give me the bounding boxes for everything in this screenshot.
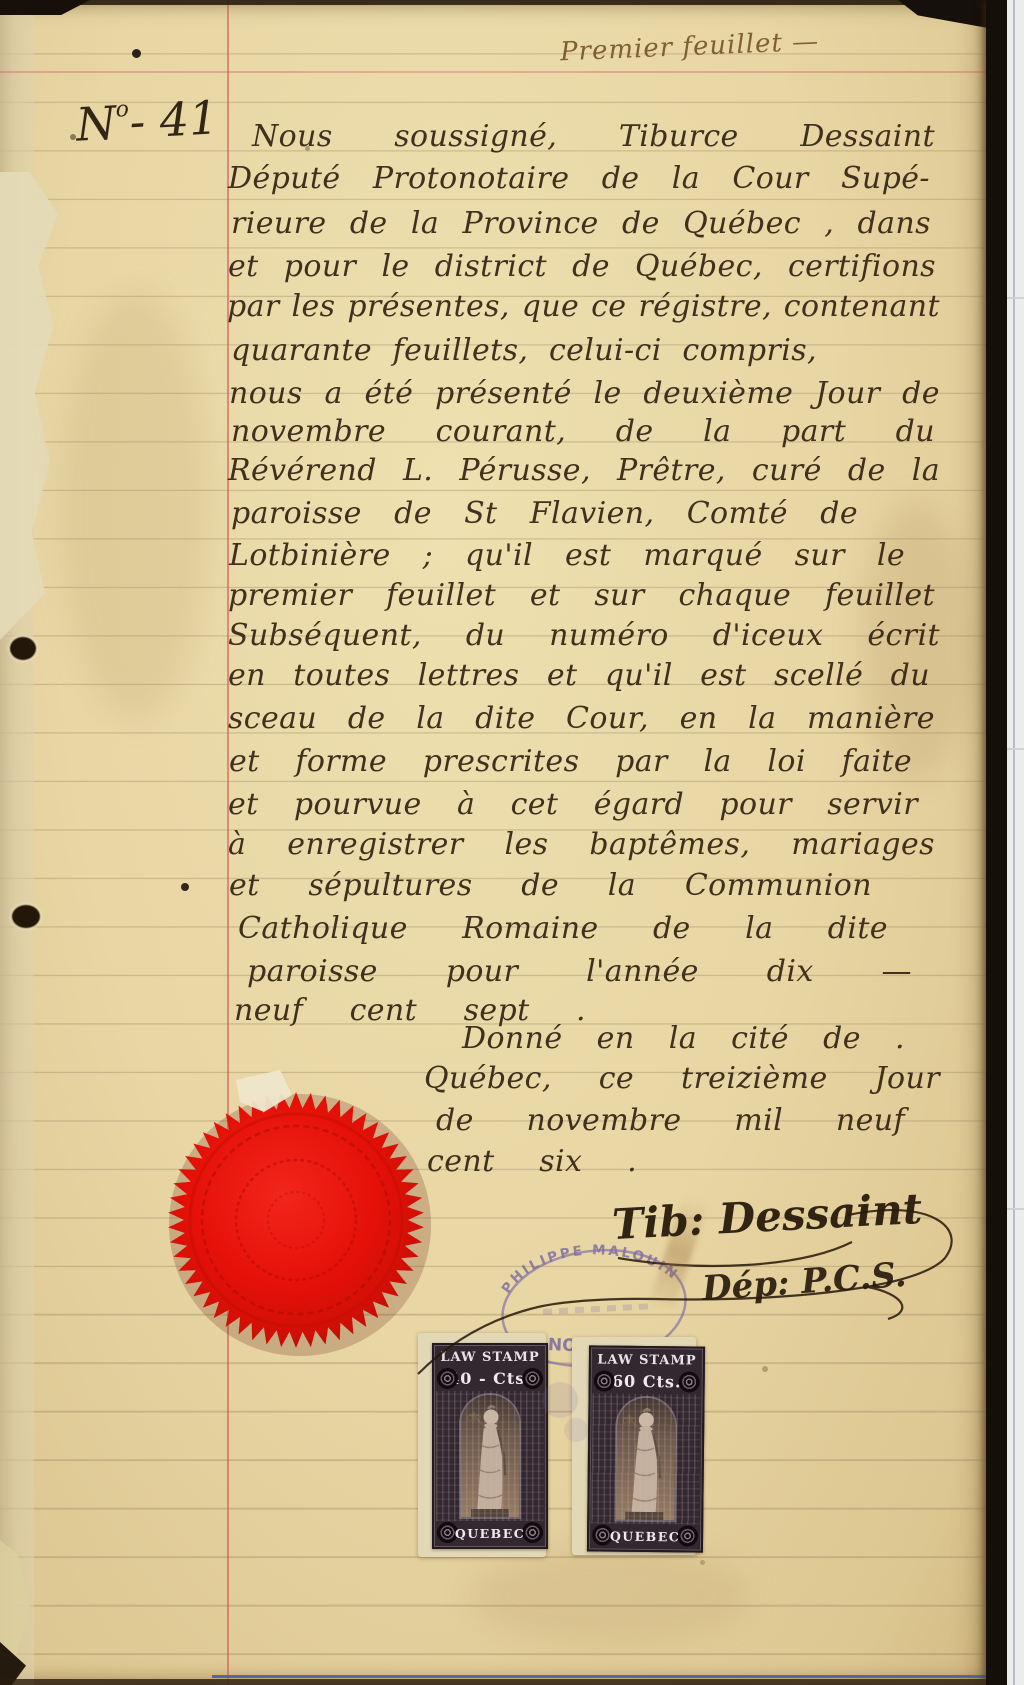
book-binding-edge <box>986 0 1007 1685</box>
adjacent-page-line <box>1007 297 1024 299</box>
manuscript-line: etpourledistrictdeQuébec,certifions <box>228 249 936 284</box>
purple-ink-fragment <box>542 1382 578 1418</box>
manuscript-line: parlesprésentes,quecerégistre,contenant <box>227 289 940 324</box>
manuscript-line: etpourvueàcetégardpourservir <box>228 787 918 822</box>
manuscript-line: sceaudeladiteCour,enlamanière <box>228 701 935 736</box>
manuscript-line: Donnéenlacitéde. <box>462 1021 905 1056</box>
page-bottom-edge <box>0 1679 988 1685</box>
page-top-edge <box>0 0 988 5</box>
purple-ink-fragment <box>564 1418 588 1442</box>
adjacent-page-line <box>1007 748 1024 750</box>
manuscript-line: centsix. <box>427 1144 637 1179</box>
manuscript-line: DéputéProtonotairedelaCourSupé- <box>228 161 930 196</box>
manuscript-line: novembrecourant,delapartdu <box>231 414 935 449</box>
register-page: PHILIPPE MALOUIN NOV. 17 1906 LAW STAMP … <box>0 0 988 1685</box>
manuscript-line: rieuredelaProvincedeQuébec,dans <box>231 206 931 241</box>
manuscript-line: quarantefeuillets,celui-cicompris, <box>231 333 817 368</box>
manuscript-line: Noussoussigné,TiburceDessaint <box>252 119 935 154</box>
adjacent-page-line <box>1007 1208 1024 1210</box>
entry-number-letter: N <box>75 96 118 152</box>
manuscript-line: CatholiqueRomainedeladite <box>238 911 888 946</box>
manuscript-line: entouteslettresetqu'ilestscellédu <box>228 658 930 693</box>
manuscript-line: nousaétéprésentéledeuxièmeJourde <box>229 376 940 411</box>
manuscript-line: paroissepourl'annéedix— <box>247 954 912 989</box>
bottom-blue-rule <box>212 1675 1000 1678</box>
entry-number: No- 41 <box>75 90 220 151</box>
manuscript-line: Québec,cetreizièmeJour <box>424 1061 940 1096</box>
manuscript-line: Subséquent,dunumérod'iceuxécrit <box>228 618 940 653</box>
manuscript-line: Lotbinière;qu'ilestmarquésurle <box>229 538 905 573</box>
manuscript-line: àenregistrerlesbaptêmes,mariages <box>228 827 935 862</box>
manuscript-line: paroissedeStFlavien,Comtéde <box>231 496 858 531</box>
document-scan: PHILIPPE MALOUIN NOV. 17 1906 LAW STAMP … <box>0 0 1024 1685</box>
manuscript-line: denovembremilneuf <box>436 1103 905 1138</box>
entry-number-rest: - 41 <box>128 90 219 149</box>
manuscript-line: etsépulturesdelaCommunion <box>229 868 872 903</box>
manuscript-line: premierfeuilletetsurchaquefeuillet <box>228 578 935 613</box>
adjacent-page-line <box>1013 0 1015 1685</box>
manuscript-line: RévérendL.Pérusse,Prêtre,curédela <box>228 453 940 488</box>
adjacent-page-strip <box>1007 0 1024 1685</box>
manuscript-line: etformeprescritesparlaloifaite <box>229 744 912 779</box>
entry-number-sup: o <box>115 97 130 123</box>
